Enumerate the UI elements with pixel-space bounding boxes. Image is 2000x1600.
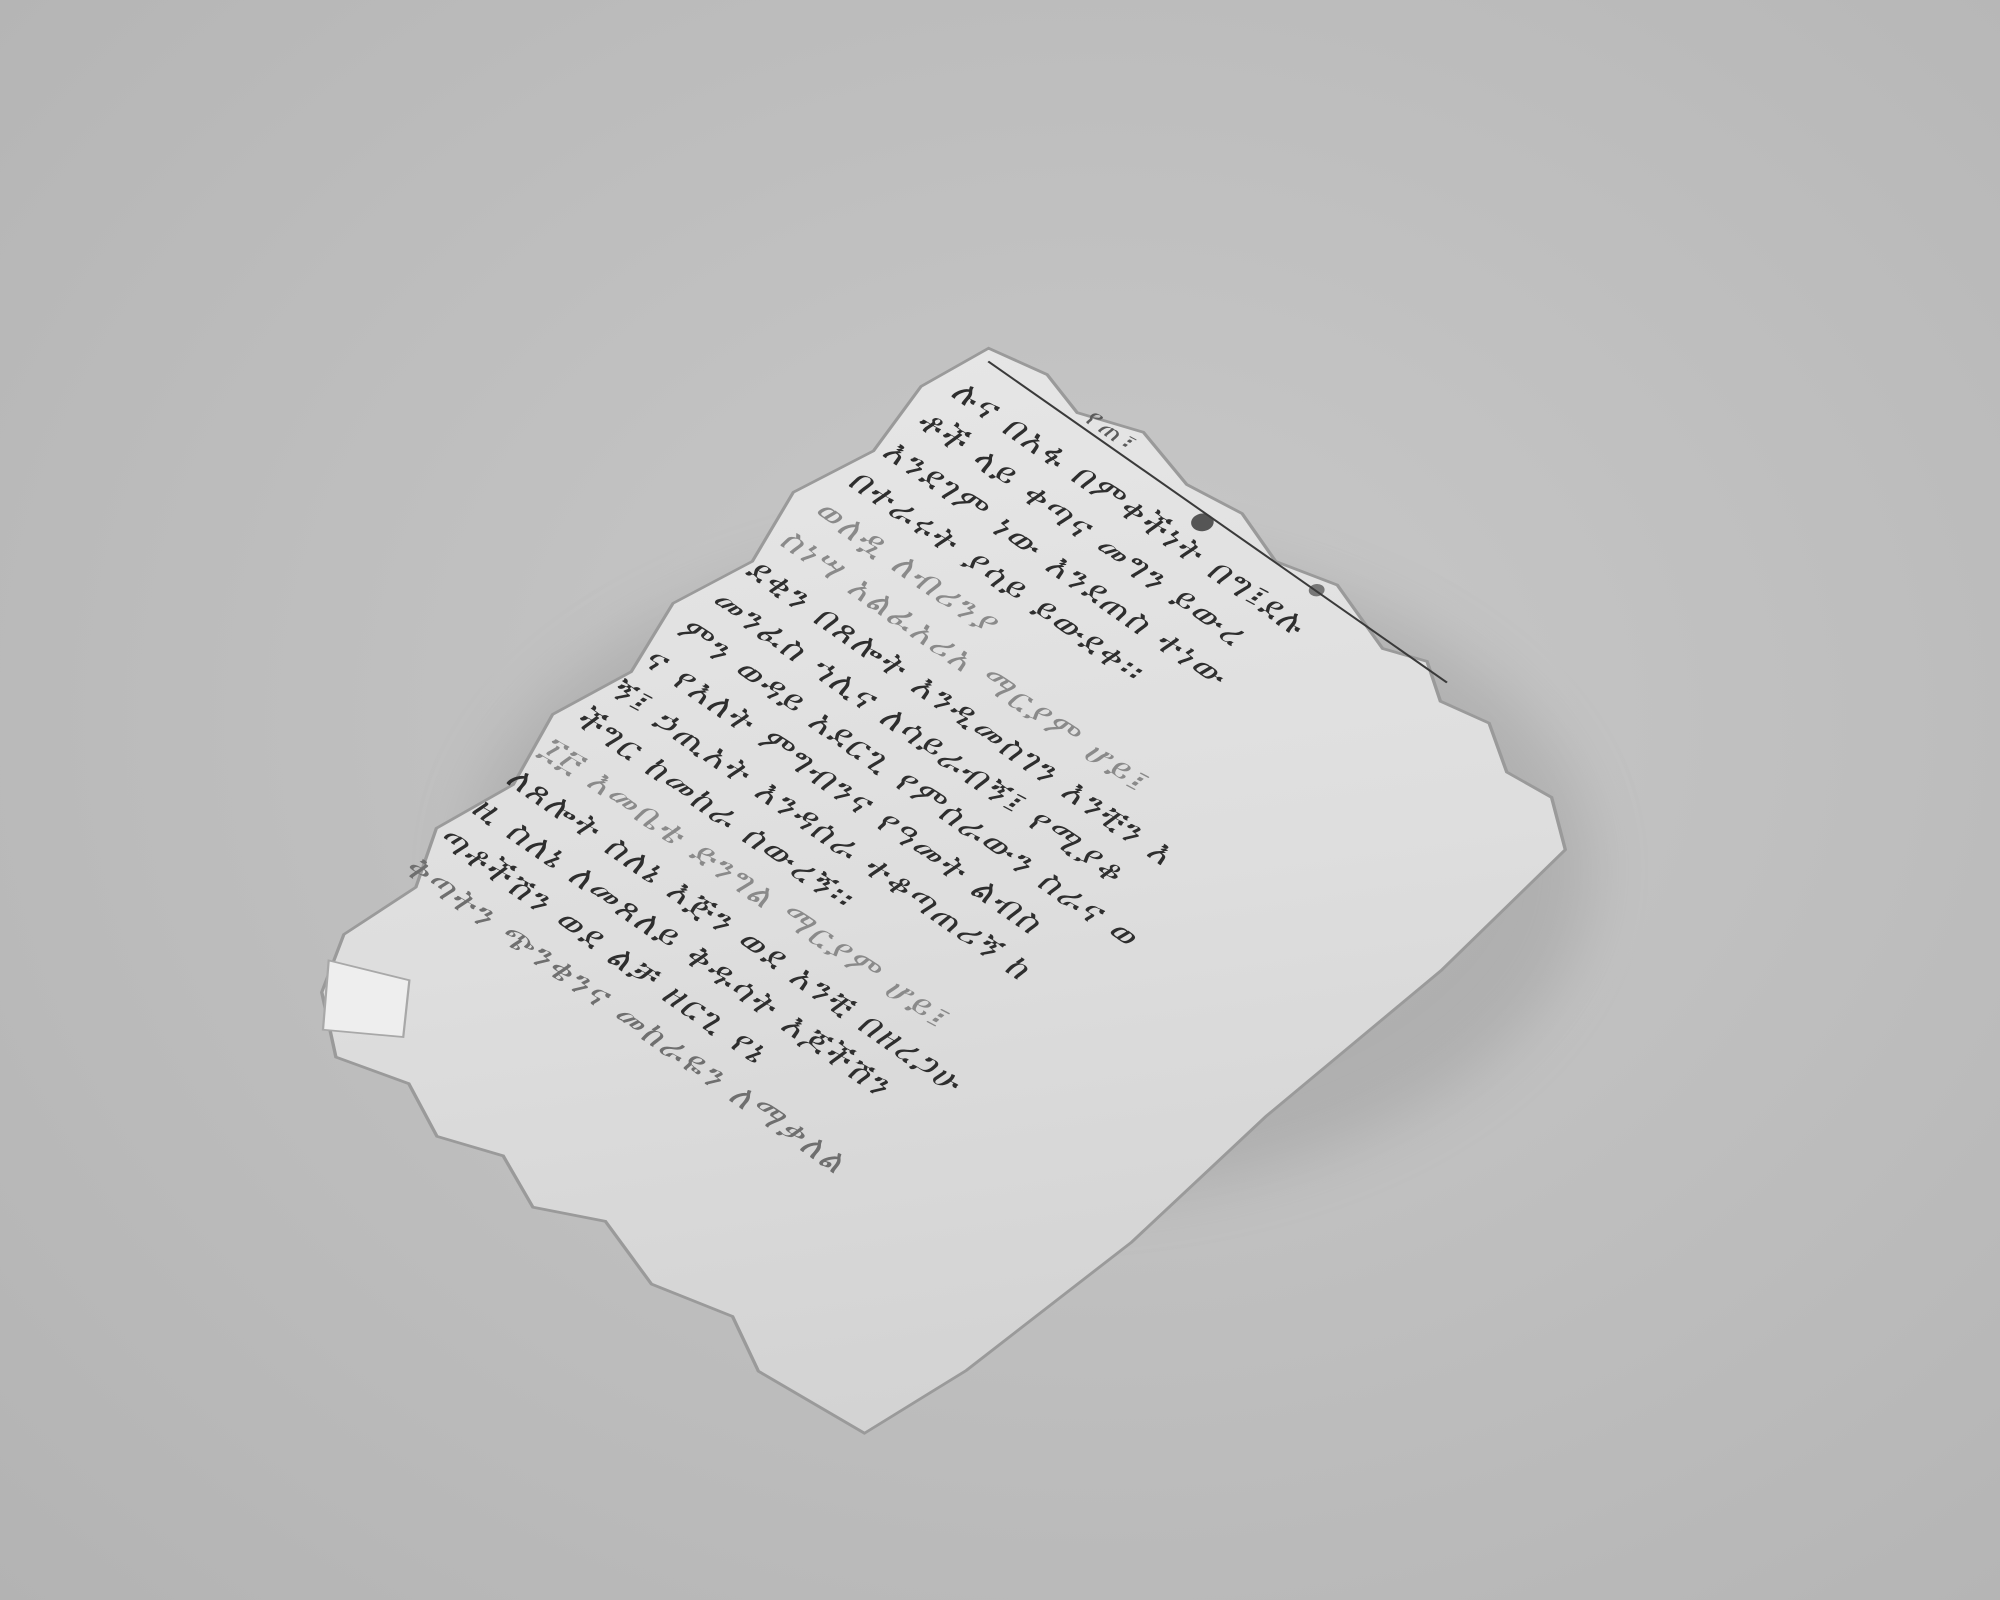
photo-scene: የጠ፣ ሉና በአፋ በምቀችነት በግ፤ደሉቶች ላይ ቀጣና መግን ይውረ… [0, 0, 2000, 1600]
